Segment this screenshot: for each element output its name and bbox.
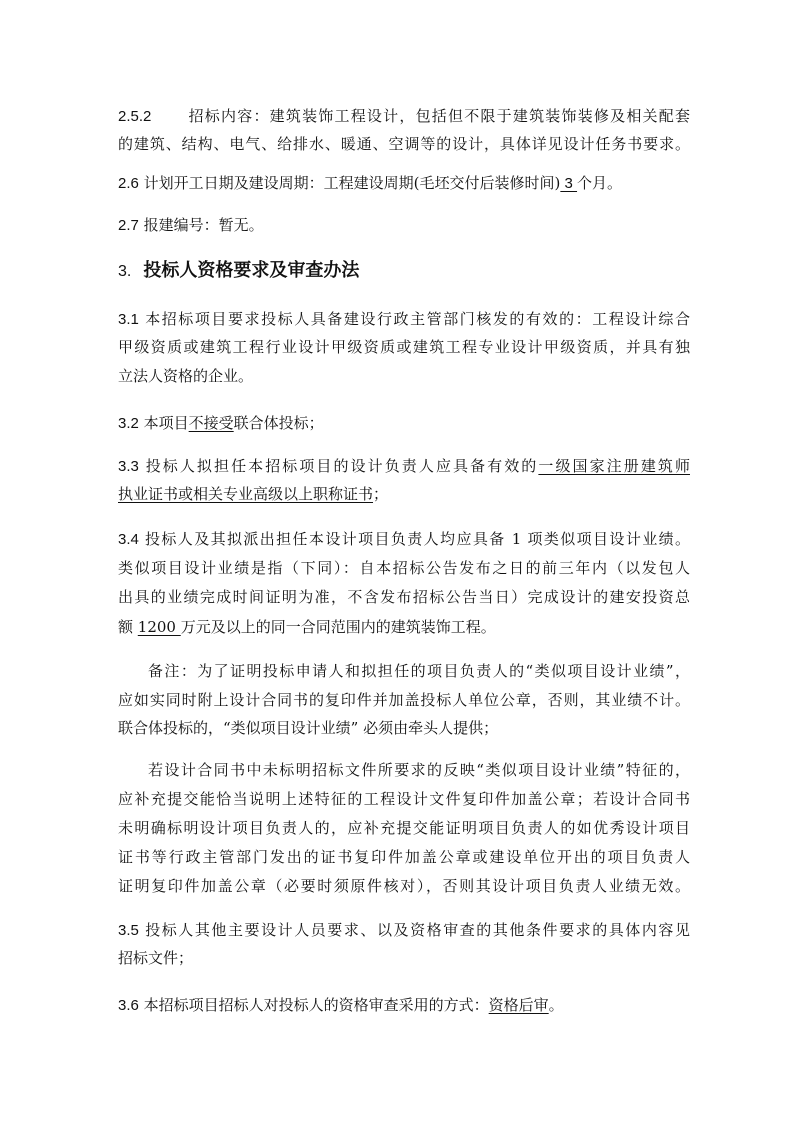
note-1-line-1: 备注：为了证明投标申请人和拟担任的项目负责人的“类似项目设计业绩”， xyxy=(148,661,690,681)
section-text: 万元及以上的同一合同范围内的建筑装饰工程。 xyxy=(181,618,496,636)
underlined-text: 不接受 xyxy=(189,414,234,432)
section-2-7: 2.7 报建编号：暂无。 xyxy=(118,215,690,236)
note-1-line-3: 联合体投标的，“类似项目设计业绩” 必须由牵头人提供； xyxy=(118,718,690,738)
section-text: 甲级资质或建筑工程行业设计甲级资质或建筑工程专业设计甲级资质，并具有独 xyxy=(118,338,690,356)
section-text: 报建编号：暂无。 xyxy=(144,216,264,234)
note-2-line-2: 应补充提交能恰当说明上述特征的工程设计文件复印件加盖公章；若设计合同书 xyxy=(118,789,690,809)
note-2-line-5: 证明复印件加盖公章（必要时须原件核对），否则其设计项目负责人业绩无效。 xyxy=(118,876,690,896)
section-number: 3.4 xyxy=(118,531,139,548)
section-number: 2.6 xyxy=(118,175,139,192)
underlined-text: 一级国家注册建筑师 xyxy=(538,457,690,475)
note-text: 应如实同时附上设计合同书的复印件并加盖投标人单位公章，否则，其业绩不计。 xyxy=(118,691,690,709)
section-number: 3.6 xyxy=(118,997,139,1014)
section-text: 本项目 xyxy=(144,414,189,432)
note-text: 证书等行政主管部门发出的证书复印件加盖公章或建设单位开出的项目负责人 xyxy=(118,848,690,866)
section-heading-3: 3.投标人资格要求及审查办法 xyxy=(118,259,359,284)
section-text: 本招标项目要求投标人具备建设行政主管部门核发的有效的：工程设计综合 xyxy=(145,310,690,328)
section-number: 3.2 xyxy=(118,415,139,432)
underlined-text: 执业证书或相关专业高级以上职称证书 xyxy=(118,485,373,503)
note-text: 联合体投标的，“类似项目设计业绩” 必须由牵头人提供； xyxy=(118,719,498,737)
note-text: 未明确标明设计项目负责人的，应补充提交能证明项目负责人的如优秀设计项目 xyxy=(118,819,690,837)
section-text: 投标人及其拟派出担任本设计项目负责人均应具备 1 项类似项目设计业绩。 xyxy=(145,530,690,548)
duration-months: 3 xyxy=(560,175,577,192)
section-3-1-line-1: 3.1 本招标项目要求投标人具备建设行政主管部门核发的有效的：工程设计综合 xyxy=(118,309,690,330)
section-3-5-line-1: 3.5 投标人其他主要设计人员要求、以及资格审查的其他条件要求的具体内容见 xyxy=(118,920,690,941)
section-3-4-line-2: 类似项目设计业绩是指（下同）：自本招标公告发布之日的前三年内（以发包人 xyxy=(118,558,690,578)
heading-title: 投标人资格要求及审查办法 xyxy=(143,260,359,281)
section-2-5-2-line-1: 2.5.2招标内容：建筑装饰工程设计，包括但不限于建筑装饰装修及相关配套 xyxy=(118,106,690,127)
section-text: 额 xyxy=(118,618,138,636)
note-2-line-1: 若设计合同书中未标明招标文件所要求的反映“类似项目设计业绩”特征的， xyxy=(148,760,690,780)
section-text: 招标内容：建筑装饰工程设计，包括但不限于建筑装饰装修及相关配套 xyxy=(187,107,690,125)
section-3-4-line-1: 3.4 投标人及其拟派出担任本设计项目负责人均应具备 1 项类似项目设计业绩。 xyxy=(118,529,690,550)
section-text: 联合体投标； xyxy=(234,414,324,432)
investment-amount: 1200 xyxy=(138,618,181,636)
section-text: 计划开工日期及建设周期：工程建设周期(毛坯交付后装修时间) xyxy=(144,174,561,192)
section-3-1-line-2: 甲级资质或建筑工程行业设计甲级资质或建筑工程专业设计甲级资质，并具有独 xyxy=(118,337,690,357)
note-2-line-3: 未明确标明设计项目负责人的，应补充提交能证明项目负责人的如优秀设计项目 xyxy=(118,818,690,838)
section-3-4-line-3: 出具的业绩完成时间证明为准，不含发布招标公告当日）完成设计的建安投资总 xyxy=(118,587,690,607)
section-text: 招标文件； xyxy=(118,949,193,967)
section-text: 投标人其他主要设计人员要求、以及资格审查的其他条件要求的具体内容见 xyxy=(145,921,690,939)
section-3-5-line-2: 招标文件； xyxy=(118,948,690,968)
section-number: 3.5 xyxy=(118,922,139,939)
note-text: 若设计合同书中未标明招标文件所要求的反映“类似项目设计业绩”特征的， xyxy=(148,761,690,779)
heading-number: 3. xyxy=(118,263,131,280)
section-3-3-line-2: 执业证书或相关专业高级以上职称证书； xyxy=(118,484,690,504)
section-number: 2.5.2 xyxy=(118,108,151,125)
section-text: 本招标项目招标人对投标人的资格审查采用的方式： xyxy=(144,996,489,1014)
section-text: 个月。 xyxy=(577,174,622,192)
section-text: 立法人资格的企业。 xyxy=(118,367,253,385)
section-text: 类似项目设计业绩是指（下同）：自本招标公告发布之日的前三年内（以发包人 xyxy=(118,559,690,577)
note-text: 应补充提交能恰当说明上述特征的工程设计文件复印件加盖公章；若设计合同书 xyxy=(118,790,690,808)
note-text: 备注：为了证明投标申请人和拟担任的项目负责人的“类似项目设计业绩”， xyxy=(148,662,690,680)
note-2-line-4: 证书等行政主管部门发出的证书复印件加盖公章或建设单位开出的项目负责人 xyxy=(118,847,690,867)
section-text: 的建筑、结构、电气、给排水、暖通、空调等的设计，具体详见设计任务书要求。 xyxy=(118,135,690,153)
section-number: 2.7 xyxy=(118,217,139,234)
section-3-3-line-1: 3.3 投标人拟担任本招标项目的设计负责人应具备有效的一级国家注册建筑师 xyxy=(118,456,690,477)
section-2-5-2-line-2: 的建筑、结构、电气、给排水、暖通、空调等的设计，具体详见设计任务书要求。 xyxy=(118,134,690,154)
section-2-6: 2.6 计划开工日期及建设周期：工程建设周期(毛坯交付后装修时间) 3 个月。 xyxy=(118,173,690,194)
section-text: 投标人拟担任本招标项目的设计负责人应具备有效的 xyxy=(146,457,539,475)
note-text: 证明复印件加盖公章（必要时须原件核对），否则其设计项目负责人业绩无效。 xyxy=(118,877,690,895)
underlined-text: 资格后审 xyxy=(489,996,549,1014)
section-number: 3.3 xyxy=(118,458,139,475)
section-3-6: 3.6 本招标项目招标人对投标人的资格审查采用的方式：资格后审。 xyxy=(118,995,690,1016)
section-text: ； xyxy=(373,485,388,503)
section-text: 。 xyxy=(549,996,564,1014)
section-3-1-line-3: 立法人资格的企业。 xyxy=(118,366,690,386)
section-text: 出具的业绩完成时间证明为准，不含发布招标公告当日）完成设计的建安投资总 xyxy=(118,588,690,606)
section-3-2: 3.2 本项目不接受联合体投标； xyxy=(118,413,690,434)
section-3-4-line-4: 额 1200 万元及以上的同一合同范围内的建筑装饰工程。 xyxy=(118,617,690,637)
section-number: 3.1 xyxy=(118,311,139,328)
note-1-line-2: 应如实同时附上设计合同书的复印件并加盖投标人单位公章，否则，其业绩不计。 xyxy=(118,690,690,710)
